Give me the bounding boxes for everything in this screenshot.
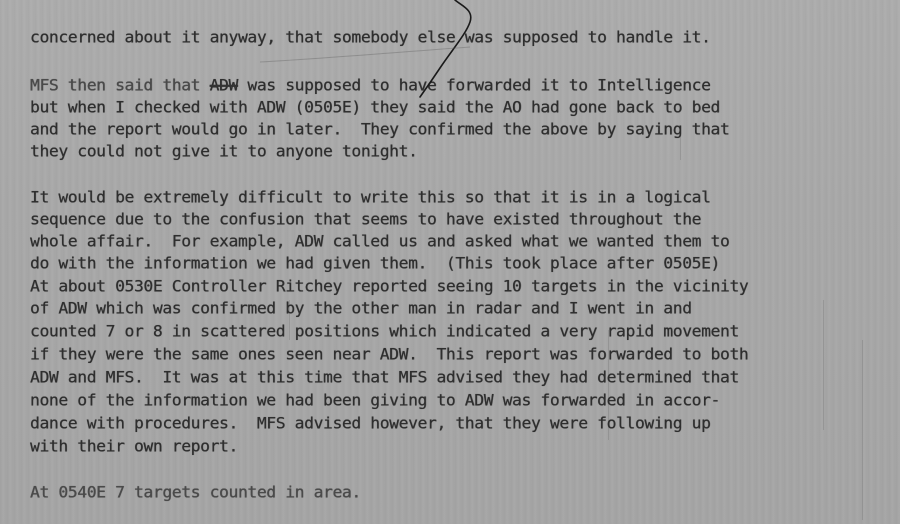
paragraph-4-line-1: At 0540E 7 targets counted in area. <box>30 483 361 503</box>
scan-artifact <box>862 340 863 520</box>
paragraph-2-line-3: and the report would go in later. They c… <box>30 120 729 140</box>
struck-through-text: ADW <box>210 76 238 95</box>
paragraph-3-line-3: whole affair. For example, ADW called us… <box>30 232 729 252</box>
paragraph-3-line-7: counted 7 or 8 in scattered positions wh… <box>30 322 739 342</box>
text-segment: MFS then said that <box>30 76 210 95</box>
text-segment: was supposed to have forwarded it to Int… <box>238 76 711 95</box>
paragraph-3-line-12: with their own report. <box>30 437 238 457</box>
scan-artifact <box>823 300 824 430</box>
faint-pencil-line <box>260 47 470 62</box>
paragraph-3-line-9: ADW and MFS. It was at this time that MF… <box>30 368 739 388</box>
paragraph-3-line-4: do with the information we had given the… <box>30 254 720 274</box>
paragraph-2-line-2: but when I checked with ADW (0505E) they… <box>30 98 720 118</box>
paragraph-3-line-6: of ADW which was confirmed by the other … <box>30 299 692 319</box>
paragraph-1-line-1: concerned about it anyway, that somebody… <box>30 28 711 48</box>
paragraph-3-line-5: At about 0530E Controller Ritchey report… <box>30 277 748 297</box>
paragraph-3-line-1: It would be extremely difficult to write… <box>30 188 711 208</box>
paragraph-3-line-11: dance with procedures. MFS advised howev… <box>30 414 711 434</box>
paragraph-3-line-10: none of the information we had been givi… <box>30 391 720 411</box>
paragraph-3-line-2: sequence due to the confusion that seems… <box>30 210 701 230</box>
paragraph-2-line-1: MFS then said that ADW was supposed to h… <box>30 76 711 96</box>
paragraph-2-line-4: they could not give it to anyone tonight… <box>30 142 418 162</box>
paragraph-3-line-8: if they were the same ones seen near ADW… <box>30 345 748 365</box>
scanned-document-page: concerned about it anyway, that somebody… <box>0 0 900 524</box>
